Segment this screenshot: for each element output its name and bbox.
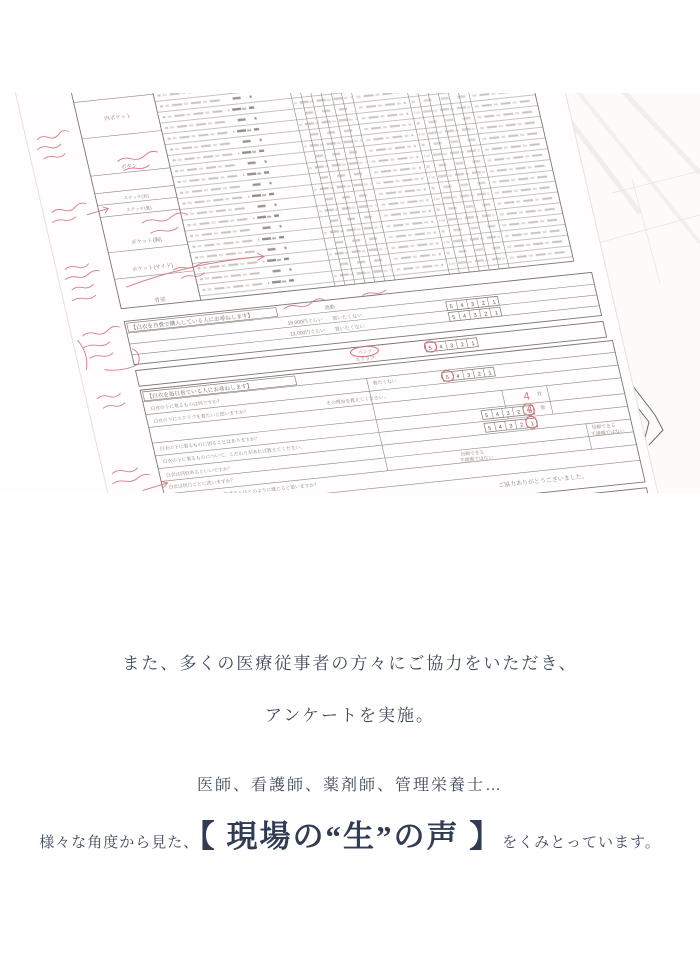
option-commute: 通勤 bbox=[324, 303, 336, 311]
caption-line-4: 様々な角度から見た、【 現場の“生”の声 】をくみとっています。 bbox=[0, 811, 700, 856]
main-survey-paper: 内ポケット ボタン ステッチ(表) ステッチ(裏) ポケット(胸) ポケット(サ… bbox=[0, 93, 673, 493]
caption-line-3: 医師、看護師、薬剤師、管理栄養士… bbox=[0, 775, 700, 797]
survey-photo-illustration: 5 4 3 2 1 bbox=[0, 93, 700, 493]
caption-section: また、多くの医療従事者の方々にご協力をいただき、 アンケートを実施。 医師、看護… bbox=[0, 652, 700, 856]
survey-photo: 5 4 3 2 1 bbox=[0, 93, 700, 493]
caption-line-1: また、多くの医療従事者の方々にご協力をいただき、 bbox=[0, 652, 700, 676]
caption-highlight-genba-no-koe: 【 現場の“生”の声 】 bbox=[199, 819, 502, 854]
caption-line-4-prefix: 様々な角度から見た、 bbox=[39, 834, 199, 851]
caption-line-2: アンケートを実施。 bbox=[0, 704, 700, 728]
caption-line-4-suffix: をくみとっています。 bbox=[502, 834, 661, 851]
